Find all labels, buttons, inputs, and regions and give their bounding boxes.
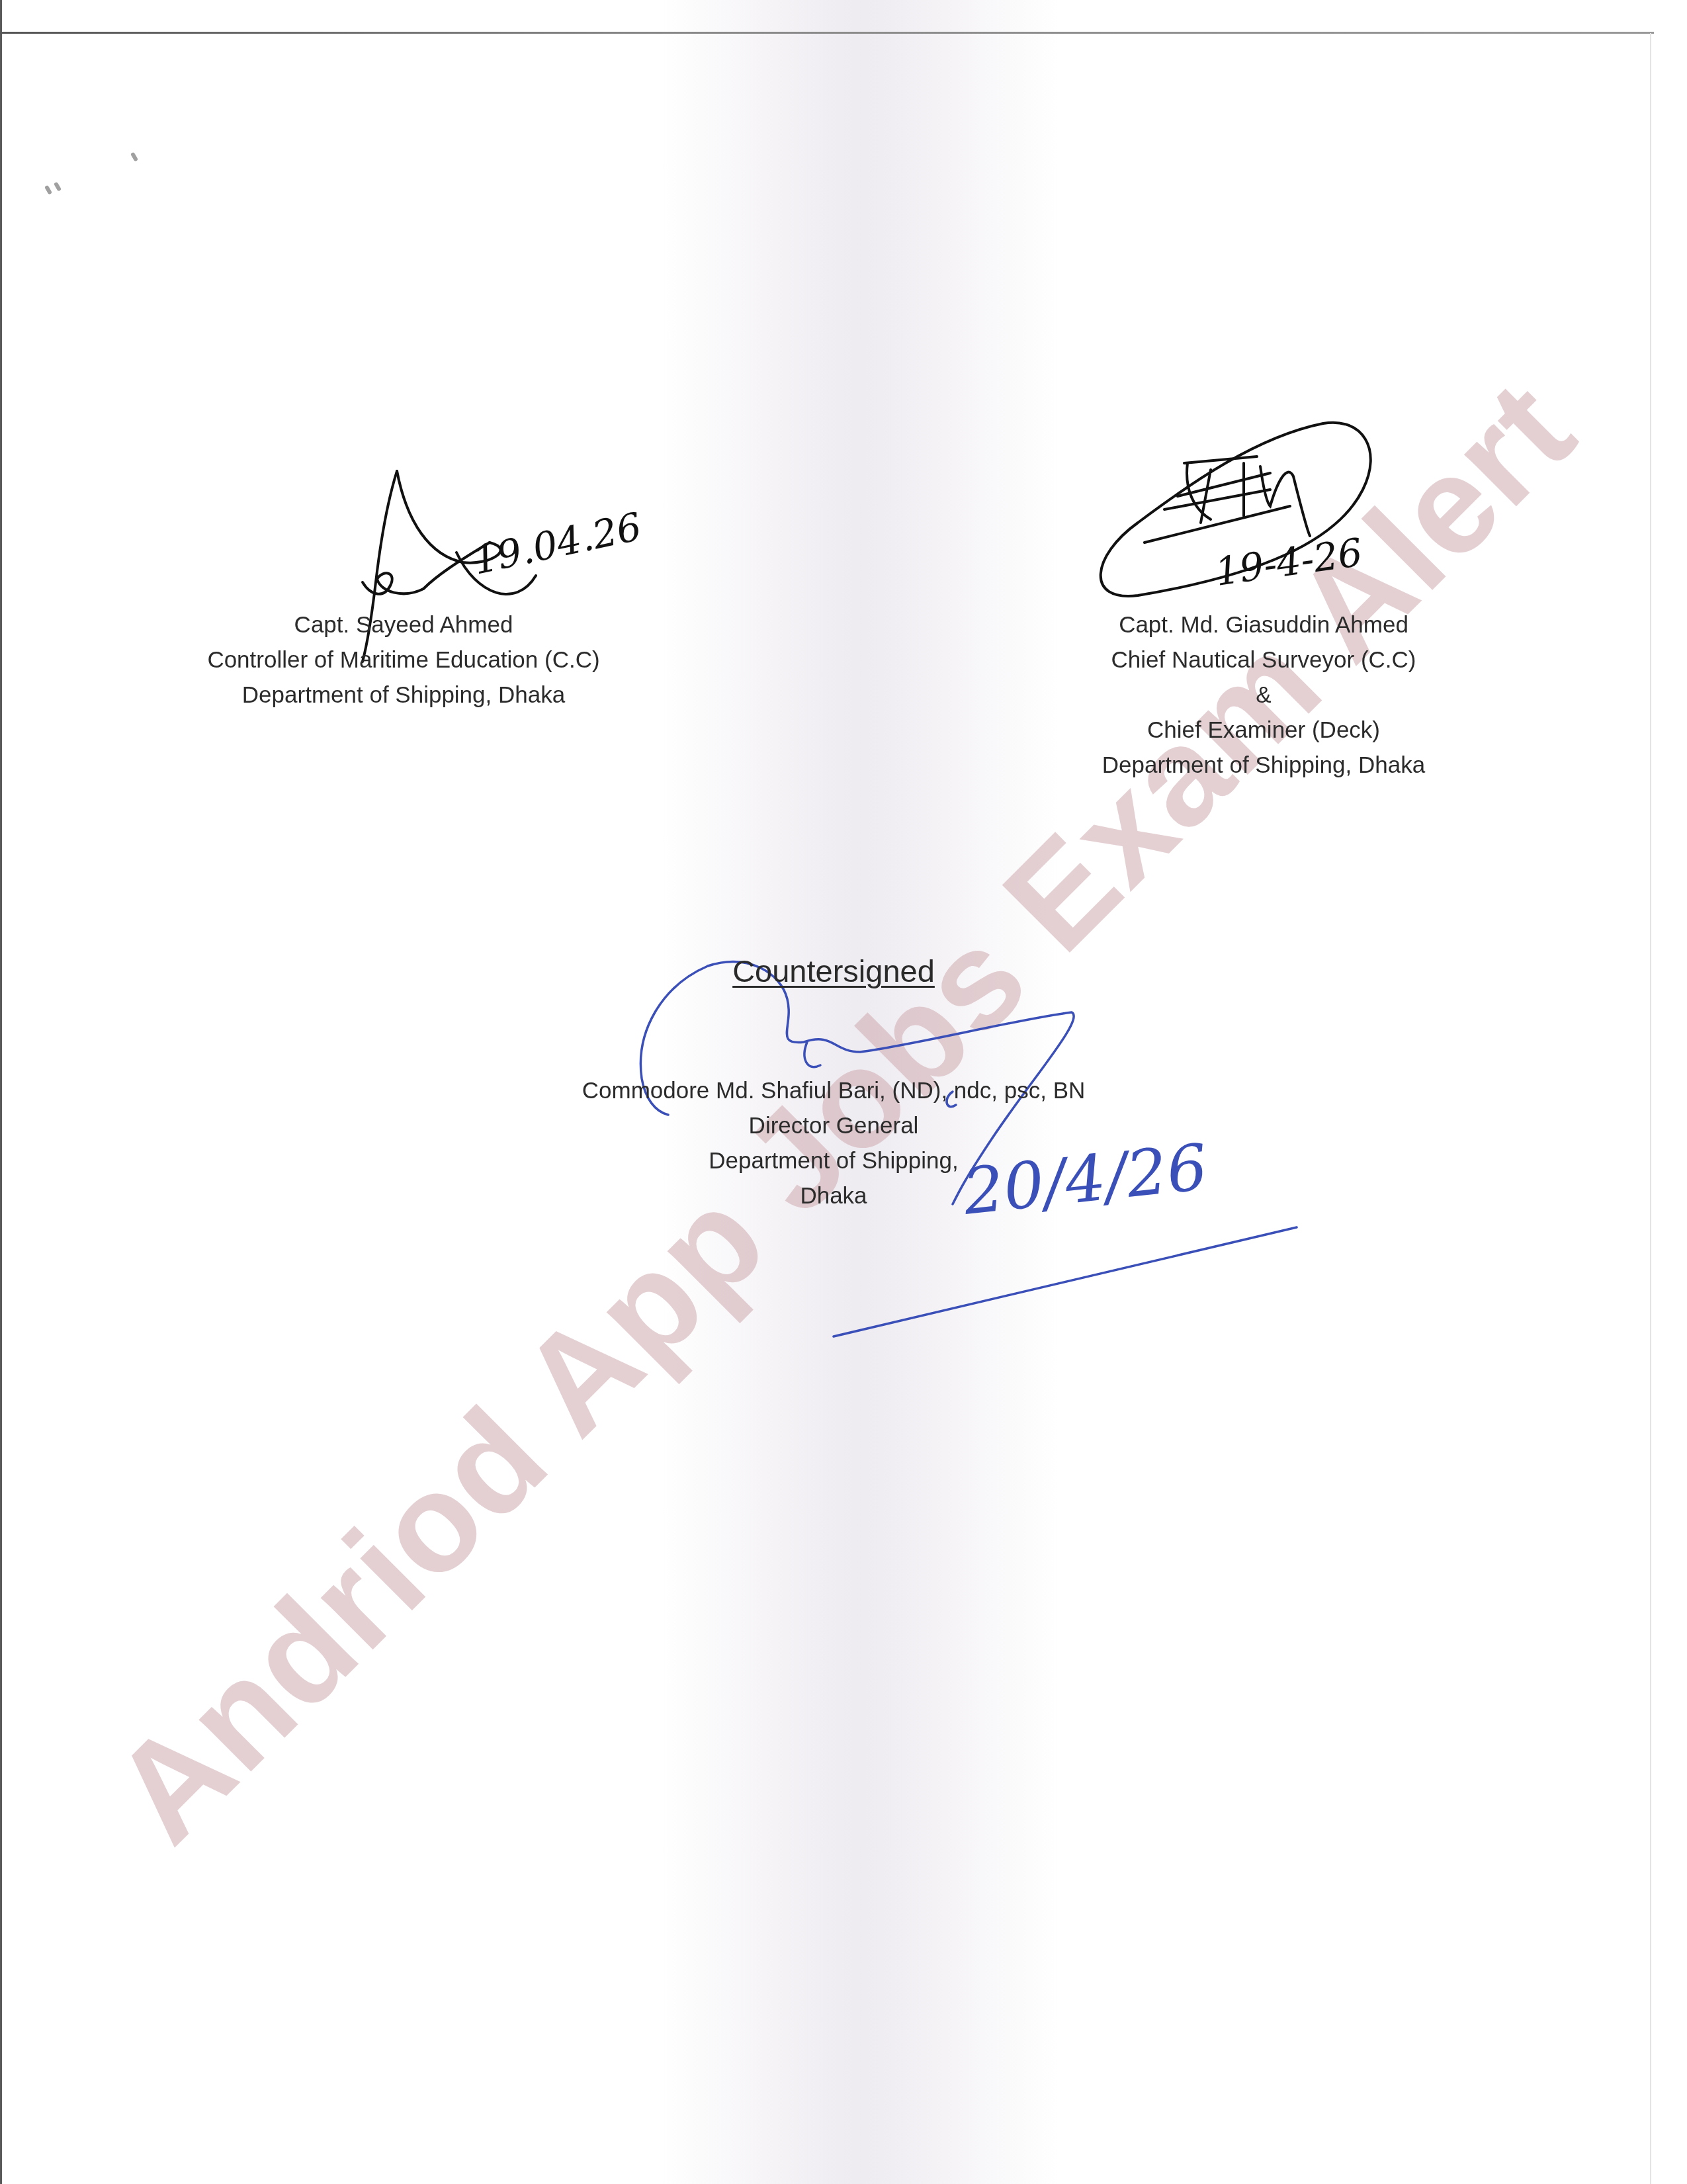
signature-right [1101,423,1371,596]
page-left-edge [0,0,2,2184]
signatory-title: Controller of Maritime Education (C.C) [165,642,642,677]
handwritten-date-right: 19-4-26 [1212,529,1365,594]
handwritten-date-left: 19.04.26 [469,503,646,583]
page-right-edge [1650,33,1651,2184]
scan-speck [130,152,138,161]
countersign-name: Commodore Md. Shafiul Bari, (ND), ndc, p… [503,1073,1164,1108]
page-top-border [0,32,1654,34]
countersign-title: Director General [503,1108,1164,1143]
signatory-ampersand: & [1059,677,1469,713]
scan-speck [54,181,62,191]
countersign-city: Dhaka [503,1178,1164,1213]
scan-speck [44,185,52,195]
countersign-department: Department of Shipping, [503,1143,1164,1178]
countersigned-heading: Countersigned [662,953,1006,989]
signatory-block-right: Capt. Md. Giasuddin Ahmed Chief Nautical… [1059,607,1469,783]
signatory-block-left: Capt. Sayeed Ahmed Controller of Maritim… [165,607,642,713]
signatory-title-secondary: Chief Examiner (Deck) [1059,713,1469,748]
signatory-name: Capt. Md. Giasuddin Ahmed [1059,607,1469,642]
signatory-name: Capt. Sayeed Ahmed [165,607,642,642]
signatory-department: Department of Shipping, Dhaka [1059,748,1469,783]
countersign-block: Commodore Md. Shafiul Bari, (ND), ndc, p… [503,1073,1164,1213]
signatory-title: Chief Nautical Surveyor (C.C) [1059,642,1469,677]
signatory-department: Department of Shipping, Dhaka [165,677,642,713]
